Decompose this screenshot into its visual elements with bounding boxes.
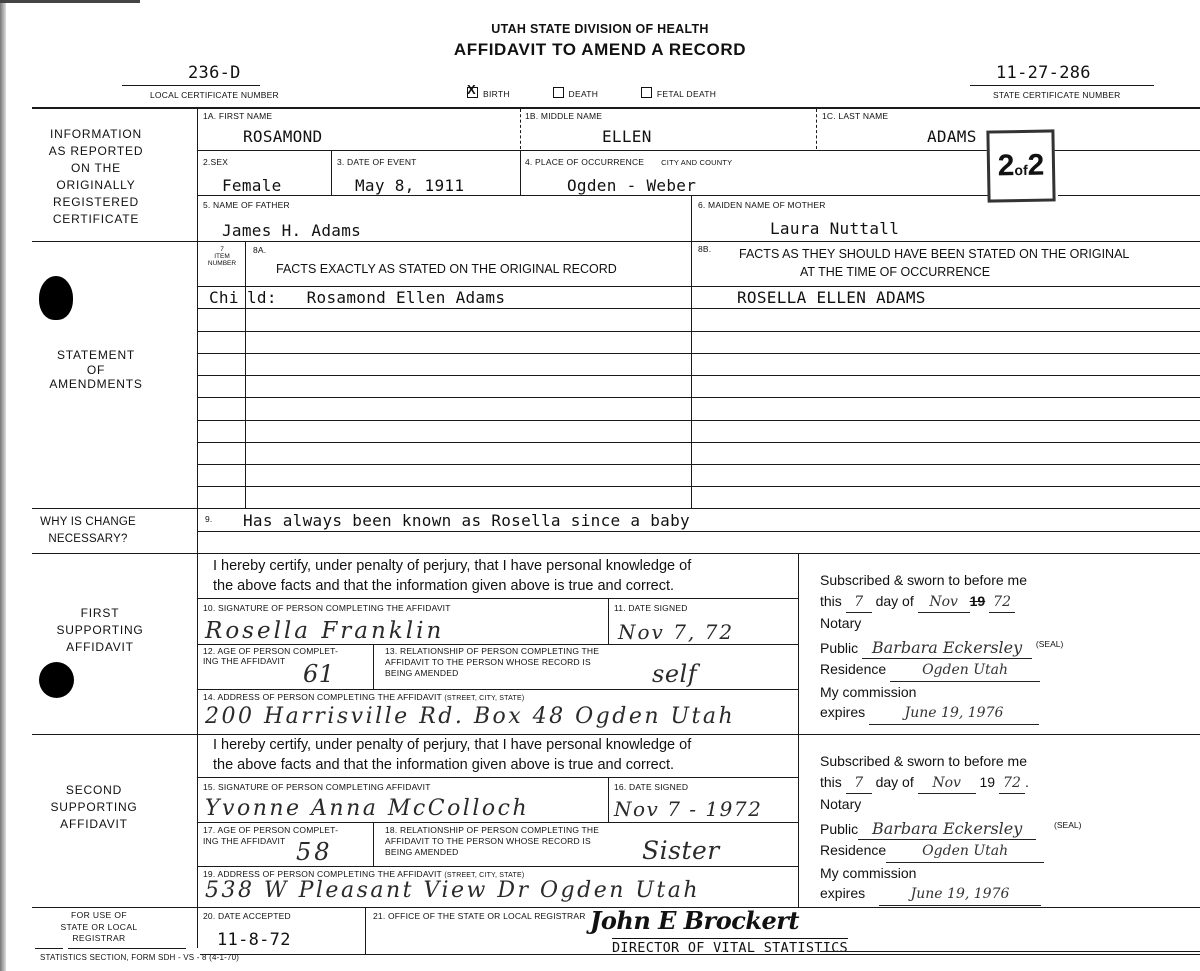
amendment-row-line xyxy=(197,486,1200,487)
sex-value: Female xyxy=(222,176,282,195)
second-notary-public-line: PublicBarbara Eckersley (SEAL) xyxy=(820,815,1081,841)
first-notary-month: Nov xyxy=(918,592,970,614)
amendment-row-line xyxy=(197,397,1200,398)
form-footer-id: STATISTICS SECTION, FORM SDH - VS - 8 (4… xyxy=(40,953,239,962)
registrar-office-label: 21. OFFICE OF THE STATE OR LOCAL REGISTR… xyxy=(373,911,586,921)
second-certify-line1: I hereby certify, under penalty of perju… xyxy=(213,736,691,755)
middle-name-label: 1B. MIDDLE NAME xyxy=(525,111,602,121)
first-notary-expires: June 19, 1976 xyxy=(869,703,1039,725)
mother-maiden-name-label: 6. MAIDEN NAME OF MOTHER xyxy=(698,200,826,210)
first-notary-seal: (SEAL) xyxy=(1036,639,1063,649)
second-affidavit-section-label: SECOND SUPPORTING AFFIDAVIT xyxy=(34,782,154,833)
second-notary-block: Subscribed & sworn to before me this 7 d… xyxy=(820,751,1081,906)
local-cert-underline xyxy=(122,85,260,86)
amendment-row-line xyxy=(197,420,1200,421)
sex-label: 2.SEX xyxy=(203,157,228,167)
reason-mid-line xyxy=(197,531,1200,532)
record-type-fetal-death[interactable]: FETAL DEATH xyxy=(641,89,716,99)
registrar-label-underline xyxy=(35,948,63,949)
section-line-reason xyxy=(32,508,1200,509)
first-age-label-2: ING THE AFFIDAVIT xyxy=(203,656,285,666)
amendments-header-line xyxy=(197,286,1200,287)
date-place-divider xyxy=(520,150,521,195)
mother-maiden-name-value: Laura Nuttall xyxy=(770,219,899,238)
first-certify-line2: the above facts and that the information… xyxy=(213,577,674,596)
first-certify-line1: I hereby certify, under penalty of perju… xyxy=(213,557,691,576)
second-notary-name: Barbara Eckersley xyxy=(858,819,1036,841)
first-date-signed: Nov 7, 72 xyxy=(618,620,734,644)
name-divider-2 xyxy=(816,109,817,149)
second-age-label-1: 17. AGE OF PERSON COMPLET- xyxy=(203,825,338,835)
local-certificate-label: LOCAL CERTIFICATE NUMBER xyxy=(150,90,279,100)
amendment-row-line xyxy=(197,442,1200,443)
section-line-second-affidavit xyxy=(32,734,1200,735)
amendment-row-line xyxy=(197,353,1200,354)
first-address-label: 14. ADDRESS OF PERSON COMPLETING THE AFF… xyxy=(203,692,524,702)
second-sig-top-line xyxy=(197,777,798,778)
first-sig-top-line xyxy=(197,598,798,599)
registrar-col-divider xyxy=(197,907,198,948)
first-notary-day: 7 xyxy=(846,592,872,614)
second-notary-expires: June 19, 1976 xyxy=(879,884,1041,906)
last-name-value: ADAMS xyxy=(927,127,977,146)
second-signature: Yvonne Anna McColloch xyxy=(205,796,529,821)
father-name-value: James H. Adams xyxy=(222,221,361,240)
first-signature-label: 10. SIGNATURE OF PERSON COMPLETING THE A… xyxy=(203,603,451,613)
first-name-label: 1A. FIRST NAME xyxy=(203,111,272,121)
first-notary-expires-line: expires June 19, 1976 xyxy=(820,702,1063,725)
first-affidavit-section-label: FIRST SUPPORTING AFFIDAVIT xyxy=(40,605,160,656)
first-signature: Rosella Franklin xyxy=(205,618,444,644)
date-of-event-value: May 8, 1911 xyxy=(355,176,464,195)
section-line-first-affidavit xyxy=(32,553,1200,554)
registrar-label-underline-2 xyxy=(68,948,186,949)
original-info-section-label: INFORMATION AS REPORTED ON THE ORIGINALL… xyxy=(36,126,156,228)
second-relationship-value: Sister xyxy=(642,836,720,865)
second-notary-residence: Ogden Utah xyxy=(886,841,1044,863)
first-notary-date-line: this 7 day of Nov19 72 xyxy=(820,591,1063,614)
first-relationship-label-1: 13. RELATIONSHIP OF PERSON COMPLETING TH… xyxy=(385,646,599,656)
first-sig-date-divider xyxy=(608,598,609,644)
first-notary-year: 72 xyxy=(989,592,1015,614)
first-notary-residence: Ogden Utah xyxy=(890,660,1040,682)
agency-name: UTAH STATE DIVISION OF HEALTH xyxy=(0,22,1200,36)
form-top-border xyxy=(32,107,1200,109)
first-age-label-1: 12. AGE OF PERSON COMPLET- xyxy=(203,646,338,656)
middle-name-value: ELLEN xyxy=(602,127,652,146)
second-age-top-line xyxy=(197,822,798,823)
second-date-signed-label: 16. DATE SIGNED xyxy=(614,782,688,792)
punch-hole-bottom xyxy=(39,662,74,698)
record-type-options: BIRTH DEATH FETAL DEATH xyxy=(467,87,716,99)
second-notary-day: 7 xyxy=(846,773,872,795)
amendment-row-line xyxy=(197,375,1200,376)
first-age-value: 61 xyxy=(303,660,335,688)
date-of-event-label: 3. DATE OF EVENT xyxy=(337,157,417,167)
second-notary-month: Nov xyxy=(918,773,976,795)
first-notary-public-line: Public Barbara Eckersley (SEAL) xyxy=(820,634,1063,660)
first-relationship-label-2: AFFIDAVIT TO THE PERSON WHOSE RECORD IS xyxy=(385,657,591,667)
second-notary-expires-line: expires June 19, 1976 xyxy=(820,883,1081,906)
checkbox-birth[interactable] xyxy=(467,87,478,98)
first-name-value: ROSAMOND xyxy=(243,127,322,146)
section-line-amendments xyxy=(32,241,1200,242)
page-count-stamp: 2of2 xyxy=(986,129,1055,202)
first-notary-residence-line: Residence Ogden Utah xyxy=(820,659,1063,682)
state-certificate-number: 11-27-286 xyxy=(996,63,1091,83)
second-age-value: 58 xyxy=(296,838,333,866)
state-certificate-label: STATE CERTIFICATE NUMBER xyxy=(993,90,1120,100)
reason-text: Has always been known as Rosella since a… xyxy=(243,511,690,530)
checkbox-death[interactable] xyxy=(553,87,564,98)
first-age-top-line xyxy=(197,644,798,645)
scan-edge-shadow xyxy=(0,0,6,971)
col-a-header: FACTS EXACTLY AS STATED ON THE ORIGINAL … xyxy=(276,262,617,276)
col-b-number: 8B. xyxy=(698,244,711,254)
last-name-label: 1C. LAST NAME xyxy=(822,111,888,121)
left-column-divider xyxy=(197,107,198,907)
record-type-birth[interactable]: BIRTH xyxy=(467,89,510,99)
first-address-value: 200 Harrisville Rd. Box 48 Ogden Utah xyxy=(205,704,735,729)
second-relationship-label-3: BEING AMENDED xyxy=(385,847,458,857)
row-line-sex xyxy=(197,195,990,196)
punch-hole-top xyxy=(39,276,73,320)
first-notary-name: Barbara Eckersley xyxy=(862,638,1032,660)
second-signature-label: 15. SIGNATURE OF PERSON COMPLETING AFFID… xyxy=(203,782,431,792)
col-b-header-line2: AT THE TIME OF OCCURRENCE xyxy=(800,265,990,279)
amendment-row-1-corrected: ROSELLA ELLEN ADAMS xyxy=(737,288,926,307)
reason-section-label: WHY IS CHANGE NECESSARY? xyxy=(28,514,148,548)
first-relationship-label-3: BEING AMENDED xyxy=(385,668,458,678)
first-relationship-value: self xyxy=(652,660,697,688)
item-number-header: 7 ITEM NUMBER xyxy=(199,246,245,267)
record-type-death[interactable]: DEATH xyxy=(553,89,599,99)
first-address-top-line xyxy=(197,689,798,690)
second-certify-line2: the above facts and that the information… xyxy=(213,756,674,775)
second-address-top-line xyxy=(197,866,798,867)
place-label: 4. PLACE OF OCCURRENCECITY AND COUNTY xyxy=(525,157,732,167)
second-notary-year: 72 xyxy=(999,773,1025,795)
form-title: AFFIDAVIT TO AMEND A RECORD xyxy=(0,40,1200,60)
first-date-signed-label: 11. DATE SIGNED xyxy=(614,603,688,613)
second-date-signed: Nov 7 - 1972 xyxy=(614,797,762,821)
amendment-row-line xyxy=(197,331,1200,332)
row-line-sex-right xyxy=(1058,195,1200,196)
sex-date-divider xyxy=(331,150,332,195)
col-b-header-line1: FACTS AS THEY SHOULD HAVE BEEN STATED ON… xyxy=(739,247,1129,261)
state-cert-underline xyxy=(970,85,1154,86)
scan-top-edge xyxy=(0,0,140,3)
second-address-value: 538 W Pleasant View Dr Ogden Utah xyxy=(205,878,700,903)
second-notary-seal: (SEAL) xyxy=(1054,820,1081,830)
father-mother-divider xyxy=(691,195,692,241)
place-value: Ogden - Weber xyxy=(567,176,696,195)
second-sig-date-divider xyxy=(608,777,609,822)
second-relationship-label-2: AFFIDAVIT TO THE PERSON WHOSE RECORD IS xyxy=(385,836,591,846)
registrar-bottom-line-right xyxy=(820,951,1200,952)
name-divider-1 xyxy=(520,109,521,149)
reason-number: 9. xyxy=(205,514,213,524)
amendment-row-line xyxy=(197,464,1200,465)
date-accepted-value: 11-8-72 xyxy=(217,930,291,950)
second-relationship-label-1: 18. RELATIONSHIP OF PERSON COMPLETING TH… xyxy=(385,825,599,835)
registrar-section-label: FOR USE OF STATE OR LOCAL REGISTRAR xyxy=(44,910,154,945)
father-name-label: 5. NAME OF FATHER xyxy=(203,200,290,210)
second-age-label-2: ING THE AFFIDAVIT xyxy=(203,836,285,846)
first-notary-divider xyxy=(798,553,799,907)
first-age-rel-divider xyxy=(373,644,374,689)
second-age-rel-divider xyxy=(373,822,374,866)
amendment-row-line xyxy=(197,308,1200,309)
second-notary-residence-line: ResidenceOgden Utah xyxy=(820,840,1081,863)
date-accepted-label: 20. DATE ACCEPTED xyxy=(203,911,291,921)
first-notary-block: Subscribed & sworn to before me this 7 d… xyxy=(820,570,1063,725)
date-office-divider xyxy=(365,907,366,954)
col-a-number: 8A. xyxy=(253,245,266,255)
checkbox-fetal-death[interactable] xyxy=(641,87,652,98)
amendment-row-1-item: Chi xyxy=(209,288,239,307)
amendments-section-label: STATEMENT OF AMENDMENTS xyxy=(36,348,156,392)
amendment-row-1-original: ld: Rosamond Ellen Adams xyxy=(247,288,505,307)
second-notary-date-line: this 7 day of Nov 19 72. xyxy=(820,772,1081,795)
registrar-signature: John E Brockert xyxy=(590,906,799,935)
registrar-bottom-line xyxy=(200,954,1200,955)
place-sublabel: CITY AND COUNTY xyxy=(661,158,732,167)
local-certificate-number: 236-D xyxy=(188,63,241,83)
